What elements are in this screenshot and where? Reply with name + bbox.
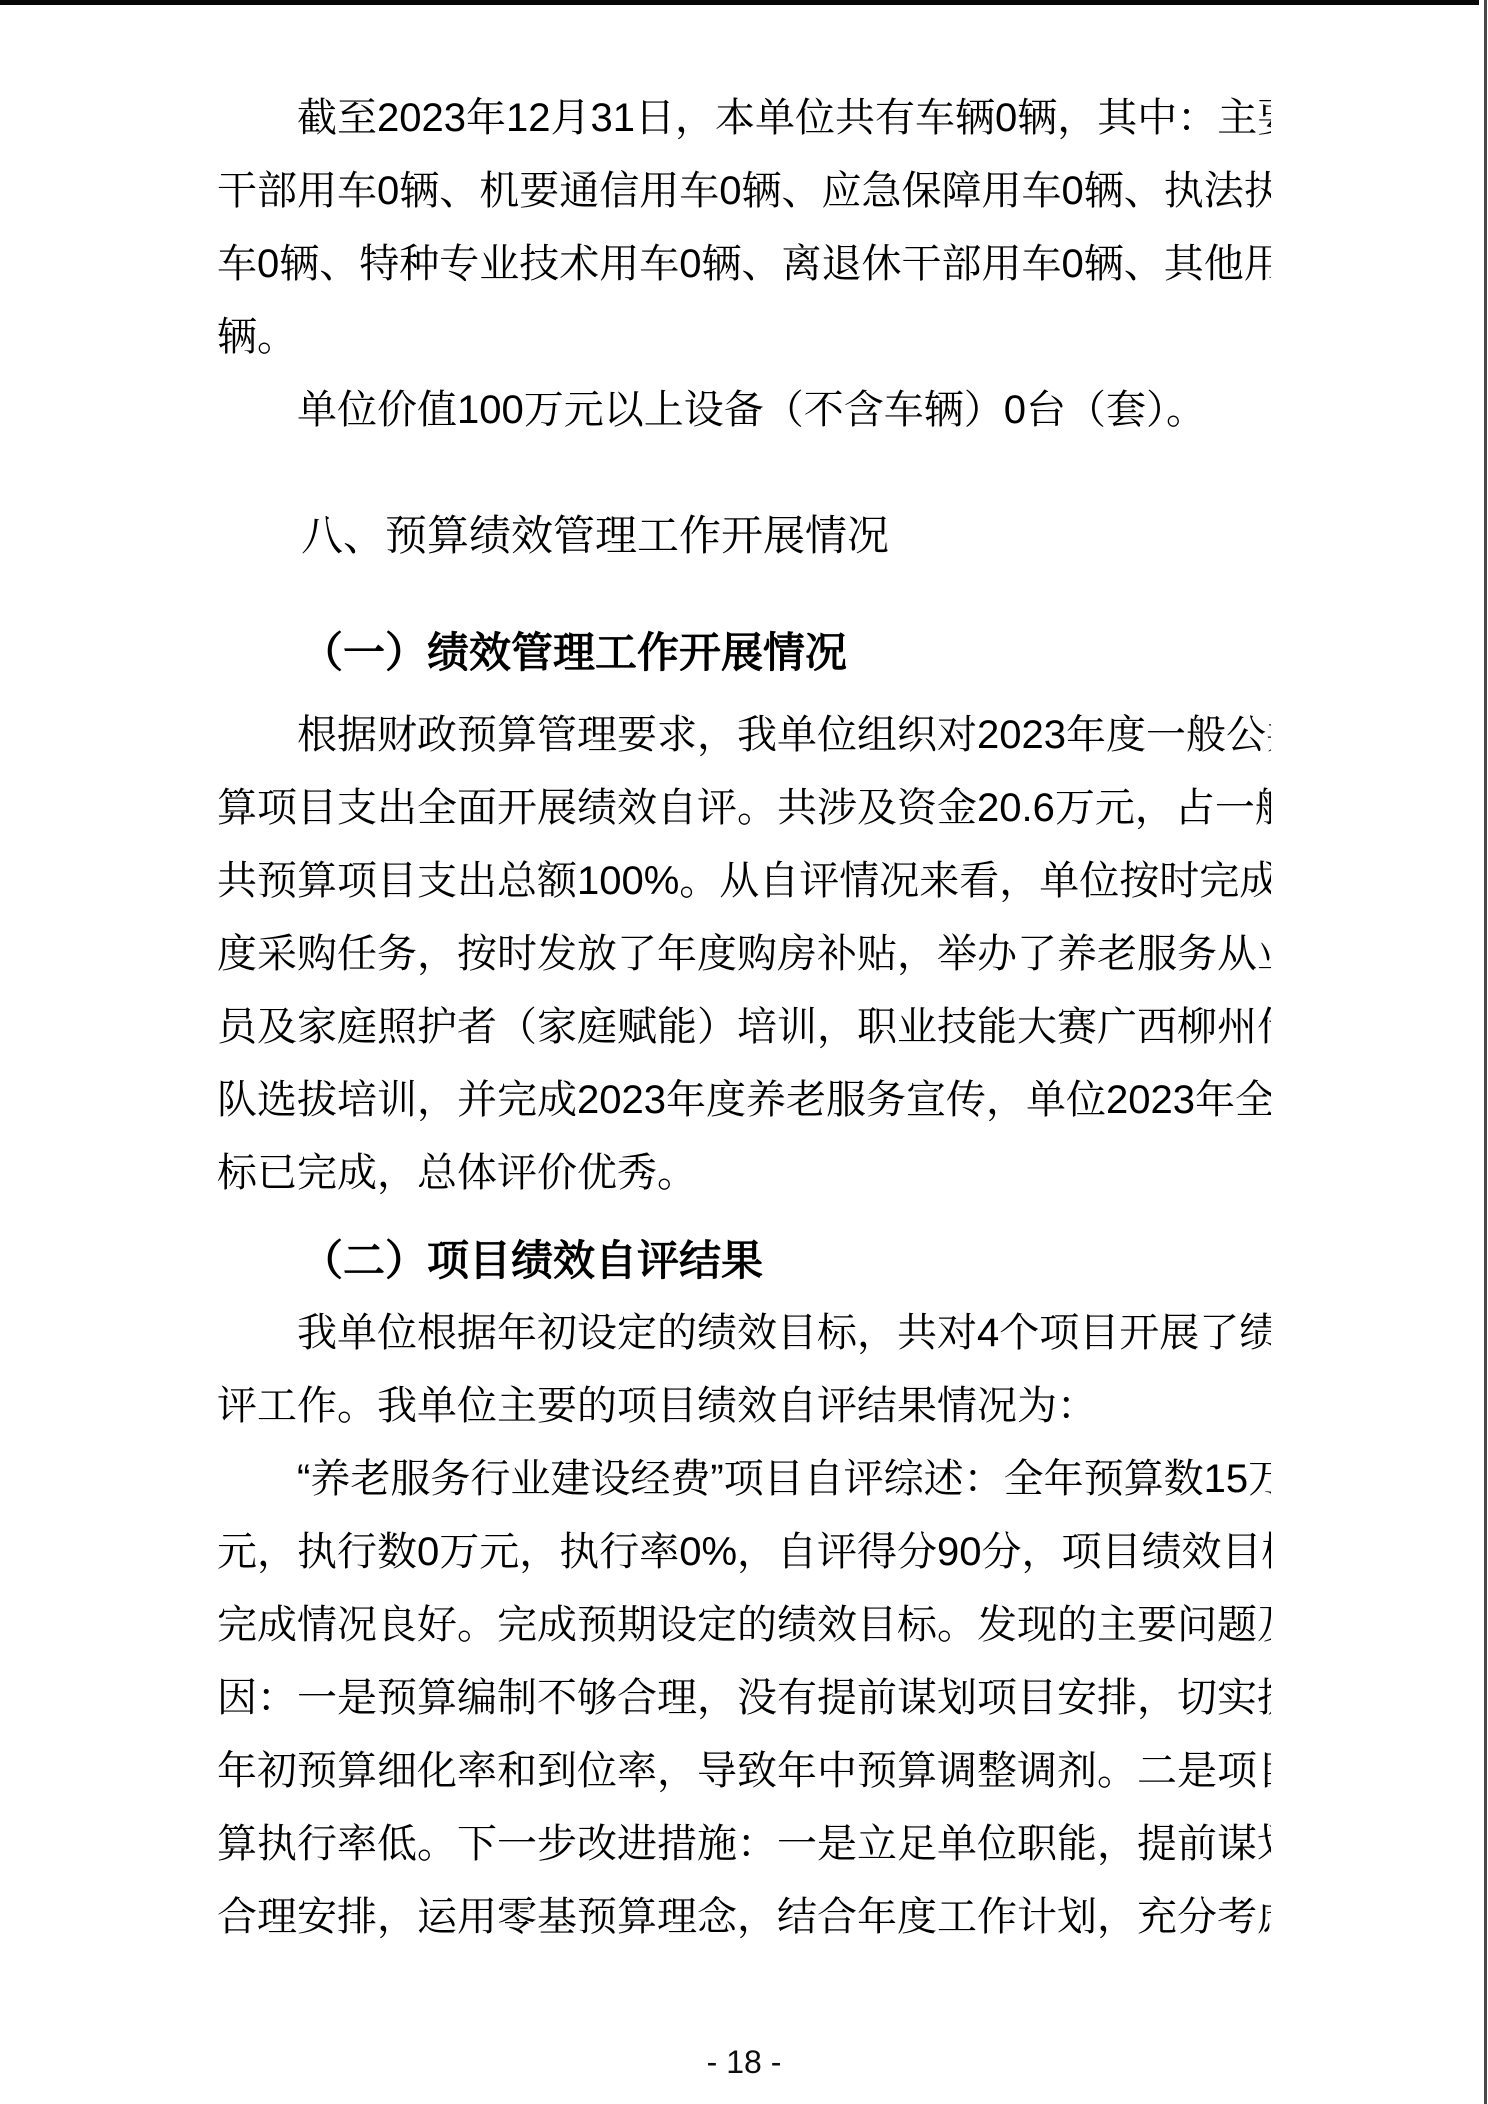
text-line: 辆。 <box>217 301 1271 374</box>
subheading-project-self-evaluation: （二）项目绩效自评结果 <box>217 1224 1271 1297</box>
text-line: 年初预算细化率和到位率，导致年中预算调整调剂。二是项目预 <box>217 1735 1271 1808</box>
text-line: 单位价值100万元以上设备（不含车辆）0台（套）。 <box>217 374 1271 447</box>
text-line: 共预算项目支出总额100%。从自评情况来看，单位按时完成了年 <box>217 845 1271 918</box>
paragraph-performance-overview: 根据财政预算管理要求，我单位组织对2023年度一般公共预 算项目支出全面开展绩效… <box>217 699 1271 1210</box>
text-line: 标已完成，总体评价优秀。 <box>217 1137 1271 1210</box>
text-line: 因：一是预算编制不够合理，没有提前谋划项目安排，切实提高 <box>217 1662 1271 1735</box>
scan-right-edge-line <box>1484 0 1487 2104</box>
scan-top-edge-bar <box>0 0 1479 5</box>
text-line: 度采购任务，按时发放了年度购房补贴，举办了养老服务从业人 <box>217 918 1271 991</box>
paragraph-self-evaluation-intro: 我单位根据年初设定的绩效目标，共对4个项目开展了绩效自 评工作。我单位主要的项目… <box>217 1297 1271 1443</box>
text-line: 算执行率低。下一步改进措施：一是立足单位职能，提前谋划， <box>217 1808 1271 1881</box>
paragraph-equipment-value: 单位价值100万元以上设备（不含车辆）0台（套）。 <box>217 374 1271 447</box>
section-heading: 八、预算绩效管理工作开展情况 <box>217 499 1271 572</box>
text-line: 合理安排，运用零基预算理念，结合年度工作计划，充分考虑项 <box>217 1881 1271 1954</box>
text-line: 元，执行数0万元，执行率0%，自评得分90分，项目绩效目标总体 <box>217 1516 1271 1589</box>
text-line: 车0辆、特种专业技术用车0辆、离退休干部用车0辆、其他用车0 <box>217 228 1271 301</box>
text-line: 评工作。我单位主要的项目绩效自评结果情况为： <box>217 1370 1271 1443</box>
subheading-performance-management: （一）绩效管理工作开展情况 <box>217 616 1271 689</box>
text-line: 干部用车0辆、机要通信用车0辆、应急保障用车0辆、执法执勤用 <box>217 155 1271 228</box>
paragraph-vehicle-count: 截至2023年12月31日，本单位共有车辆0辆，其中：主要领导 干部用车0辆、机… <box>217 82 1271 374</box>
text-line: 根据财政预算管理要求，我单位组织对2023年度一般公共预 <box>217 699 1271 772</box>
subheading-text: （一）绩效管理工作开展情况 <box>217 616 1271 689</box>
text-line: 算项目支出全面开展绩效自评。共涉及资金20.6万元，占一般公 <box>217 772 1271 845</box>
section-heading-text: 八、预算绩效管理工作开展情况 <box>217 499 1271 572</box>
text-line: 完成情况良好。完成预期设定的绩效目标。发现的主要问题及原 <box>217 1589 1271 1662</box>
document-content: 截至2023年12月31日，本单位共有车辆0辆，其中：主要领导 干部用车0辆、机… <box>217 82 1271 1954</box>
text-line: 队选拔培训，并完成2023年度养老服务宣传，单位2023年全年目 <box>217 1064 1271 1137</box>
text-line: 员及家庭照护者（家庭赋能）培训，职业技能大赛广西柳州代表 <box>217 991 1271 1064</box>
document-page: 截至2023年12月31日，本单位共有车辆0辆，其中：主要领导 干部用车0辆、机… <box>0 0 1488 2104</box>
text-line: 截至2023年12月31日，本单位共有车辆0辆，其中：主要领导 <box>217 82 1271 155</box>
text-line: 我单位根据年初设定的绩效目标，共对4个项目开展了绩效自 <box>217 1297 1271 1370</box>
subheading-text: （二）项目绩效自评结果 <box>217 1224 1271 1297</box>
paragraph-project-evaluation: “养老服务行业建设经费”项目自评综述：全年预算数15万 元，执行数0万元，执行率… <box>217 1443 1271 1954</box>
text-line: “养老服务行业建设经费”项目自评综述：全年预算数15万 <box>217 1443 1271 1516</box>
page-number: - 18 - <box>0 2042 1488 2082</box>
